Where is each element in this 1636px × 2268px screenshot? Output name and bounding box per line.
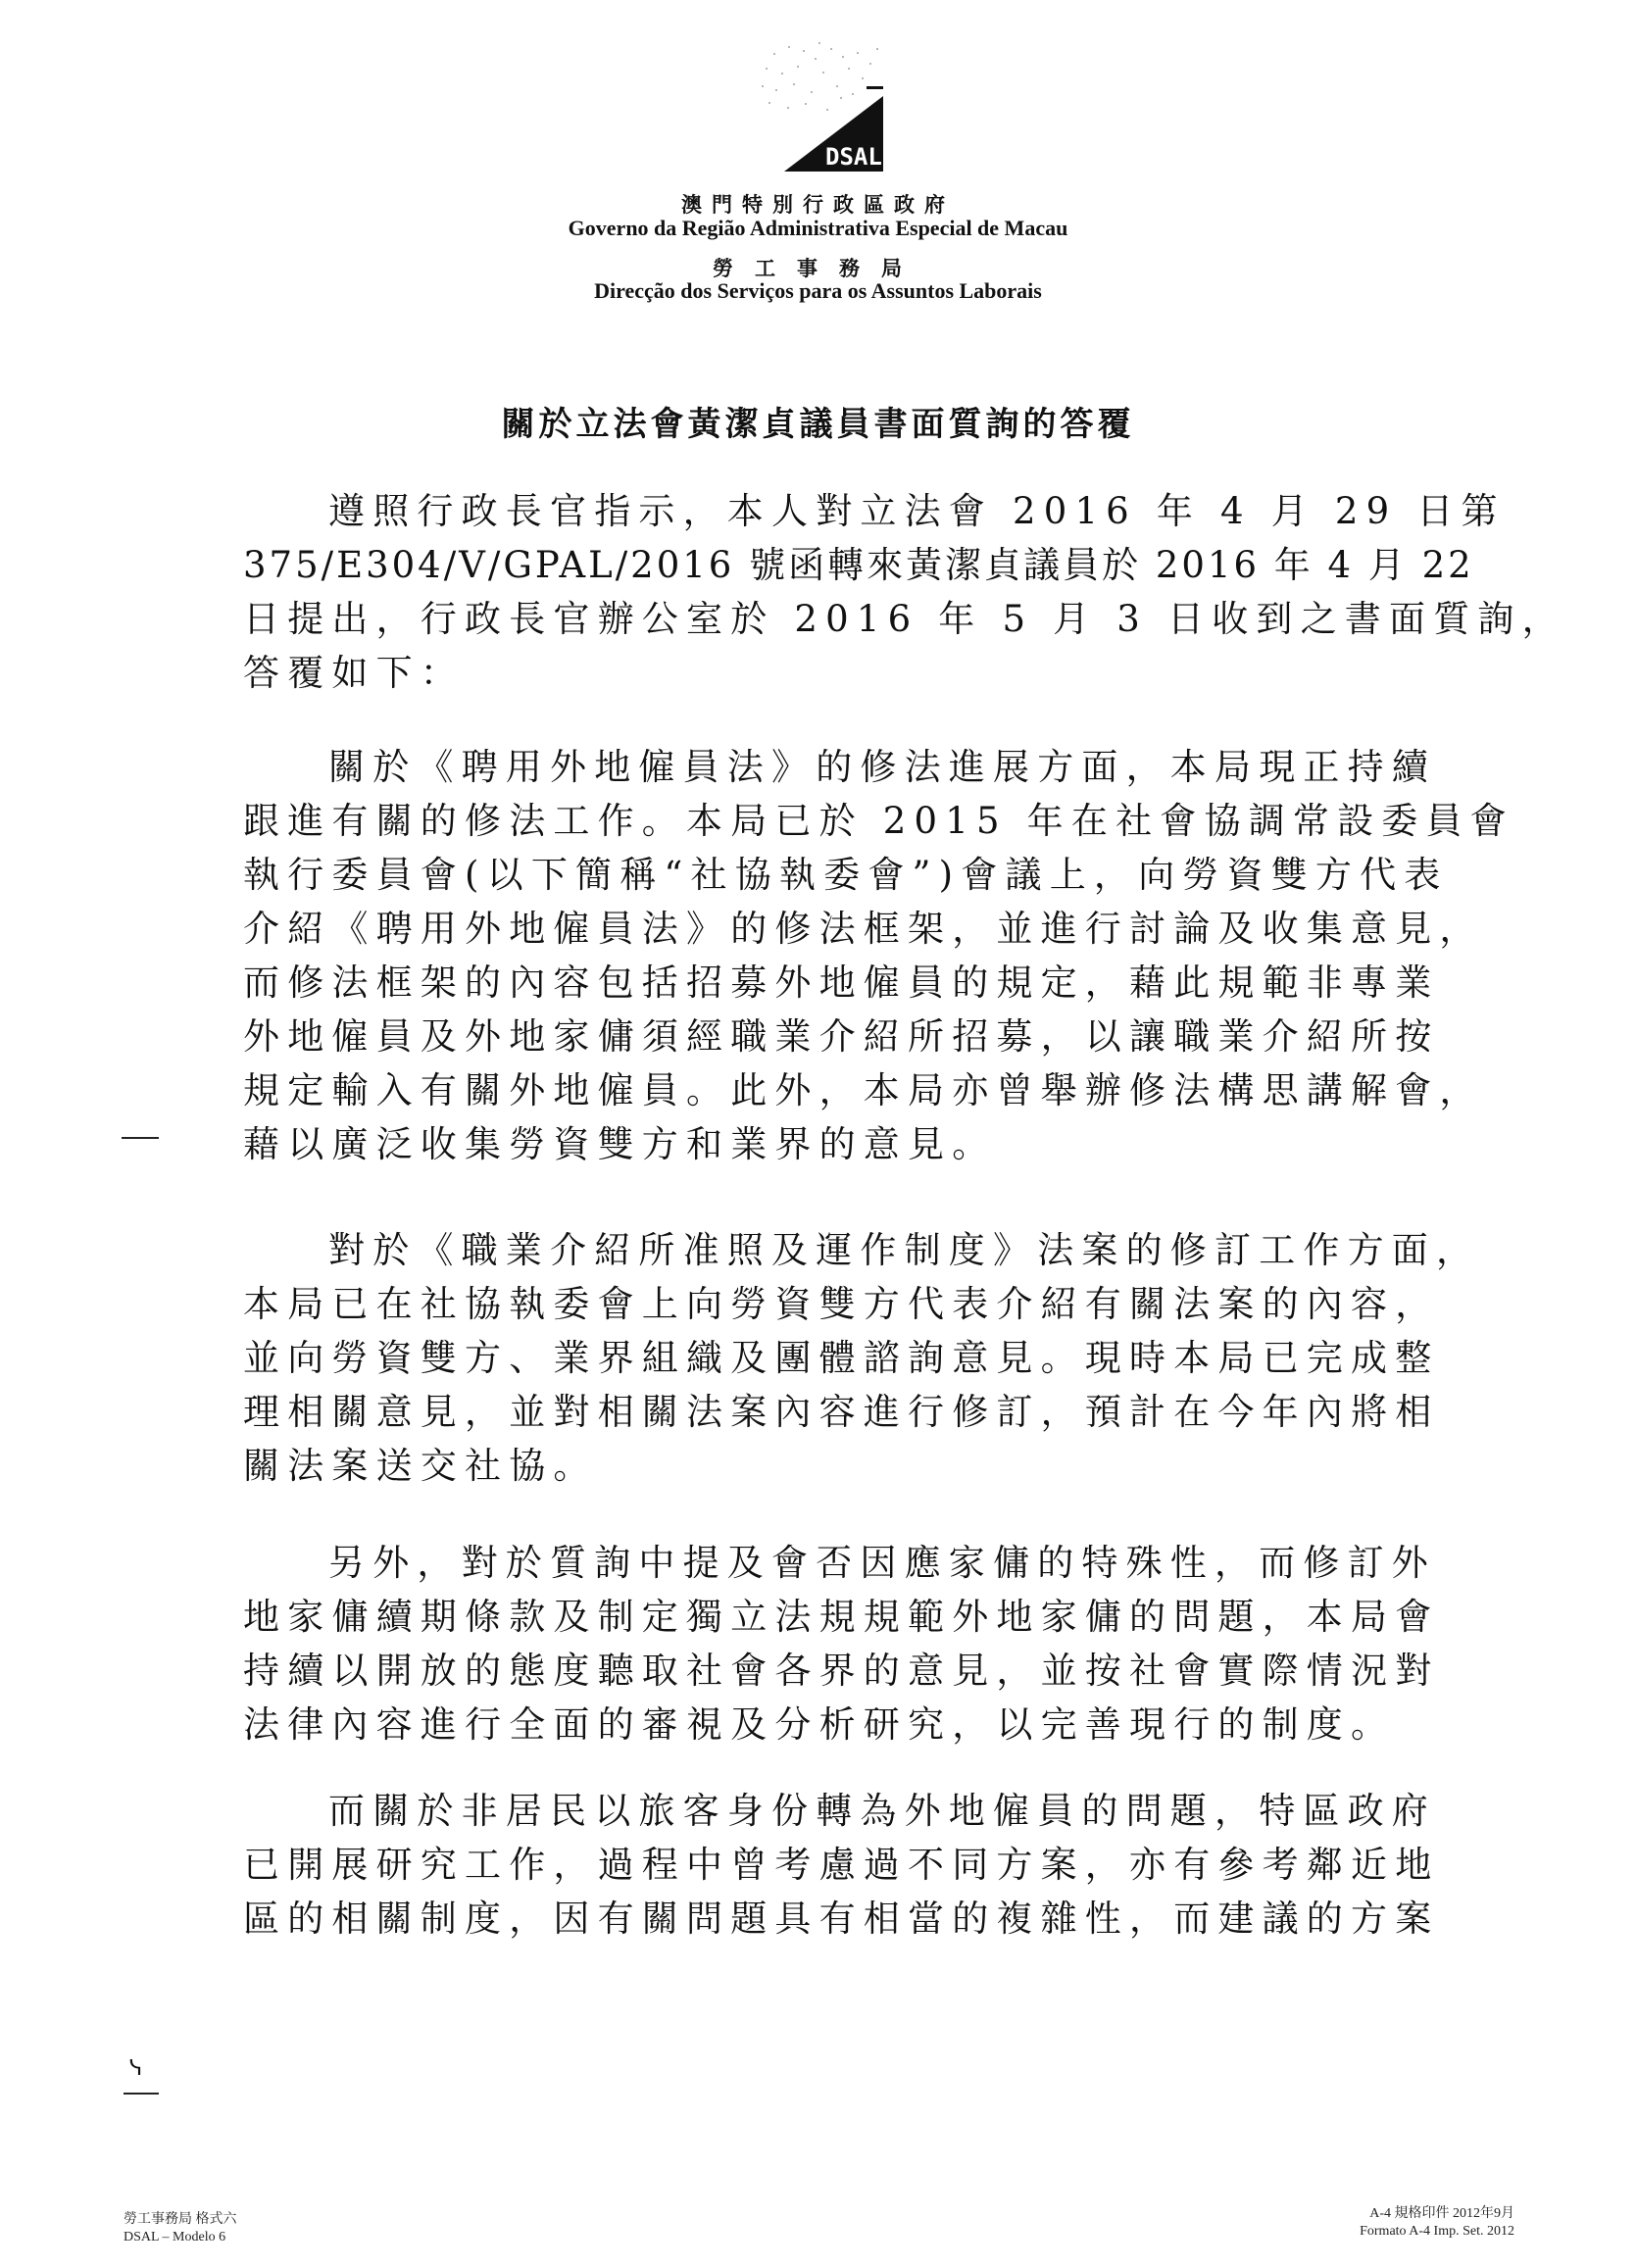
text-line: 法律內容進行全面的審視及分析研究，以完善現行的制度。 (243, 1698, 1441, 1751)
text-line: 已開展研究工作，過程中曾考慮過不同方案，亦有參考鄰近地 (243, 1838, 1441, 1892)
text-line: 執行委員會(以下簡稱“社協執委會”)會議上，向勞資雙方代表 (243, 848, 1441, 902)
text-line: 答覆如下： (243, 646, 1441, 700)
government-name-cn: 澳門特別行政區政府 (0, 189, 1636, 219)
margin-line-mark (122, 1137, 159, 1139)
bureau-name-pt: Direcção dos Serviços para os Assuntos L… (0, 278, 1636, 304)
text-line: 地家傭續期條款及制定獨立法規規範外地家傭的問題，本局會 (243, 1590, 1441, 1644)
footer-right: A-4 規格印件 2012年9月 Formato A-4 Imp. Set. 2… (1328, 2205, 1514, 2241)
text-line: 本局已在社協執委會上向勞資雙方代表介紹有關法案的內容， (243, 1277, 1441, 1331)
paragraph-1: 遵照行政長官指示，本人對立法會 2016 年 4 月 29 日第 375/E30… (243, 484, 1441, 700)
svg-text:DSAL: DSAL (825, 143, 882, 171)
text-line: 跟進有關的修法工作。本局已於 2015 年在社會協調常設委員會 (243, 794, 1441, 848)
text-line: 遵照行政長官指示，本人對立法會 2016 年 4 月 29 日第 (243, 484, 1441, 538)
text-line: 規定輸入有關外地僱員。此外，本局亦曾舉辦修法構思講解會， (243, 1063, 1441, 1117)
margin-line-mark-bottom (124, 2093, 159, 2095)
paragraph-5: 而關於非居民以旅客身份轉為外地僱員的問題，特區政府 已開展研究工作，過程中曾考慮… (243, 1784, 1441, 1946)
document-title: 關於立法會黃潔貞議員書面質詢的答覆 (0, 397, 1636, 445)
paragraph-3: 對於《職業介紹所准照及運作制度》法案的修訂工作方面， 本局已在社協執委會上向勞資… (243, 1223, 1441, 1493)
text-line: 介紹《聘用外地僱員法》的修法框架，並進行討論及收集意見， (243, 902, 1441, 956)
text-line: 關法案送交社協。 (243, 1439, 1441, 1493)
text-line: 另外，對於質詢中提及會否因應家傭的特殊性，而修訂外 (243, 1536, 1441, 1590)
text-line: 而關於非居民以旅客身份轉為外地僱員的問題，特區政府 (243, 1784, 1441, 1838)
footer-format-cn: A-4 規格印件 2012年9月 (1328, 2205, 1514, 2223)
text-line: 持續以開放的態度聽取社會各界的意見，並按社會實際情況對 (243, 1644, 1441, 1698)
text-line: 外地僱員及外地家傭須經職業介紹所招募，以讓職業介紹所按 (243, 1010, 1441, 1063)
text-line: 日提出，行政長官辦公室於 2016 年 5 月 3 日收到之書面質詢， (243, 592, 1441, 646)
text-line: 而修法框架的內容包括招募外地僱員的規定，藉此規範非專業 (243, 956, 1441, 1010)
paragraph-2: 關於《聘用外地僱員法》的修法進展方面，本局現正持續 跟進有關的修法工作。本局已於… (243, 740, 1441, 1171)
dsal-logo-icon: DSAL (755, 29, 887, 172)
government-name-pt: Governo da Região Administrativa Especia… (0, 216, 1636, 241)
text-line: 對於《職業介紹所准照及運作制度》法案的修訂工作方面， (243, 1223, 1441, 1277)
text-line: 理相關意見，並對相關法案內容進行修訂，預計在今年內將相 (243, 1385, 1441, 1439)
text-line: 關於《聘用外地僱員法》的修法進展方面，本局現正持續 (243, 740, 1441, 794)
footer-form-pt: DSAL – Modelo 6 (124, 2229, 237, 2246)
footer-form-cn: 勞工事務局 格式六 (124, 2211, 237, 2229)
dsal-logo: DSAL (755, 29, 887, 172)
text-line: 375/E304/V/GPAL/2016 號函轉來黃潔貞議員於 2016 年 4… (243, 538, 1441, 592)
footer-left: 勞工事務局 格式六 DSAL – Modelo 6 (124, 2211, 237, 2246)
handwritten-mark: ᓭ (129, 2056, 142, 2081)
text-line: 藉以廣泛收集勞資雙方和業界的意見。 (243, 1117, 1441, 1171)
text-line: 區的相關制度，因有關問題具有相當的複雜性，而建議的方案 (243, 1892, 1441, 1946)
text-line: 並向勞資雙方、業界組織及團體諮詢意見。現時本局已完成整 (243, 1331, 1441, 1385)
paragraph-4: 另外，對於質詢中提及會否因應家傭的特殊性，而修訂外 地家傭續期條款及制定獨立法規… (243, 1536, 1441, 1751)
footer-format-pt: Formato A-4 Imp. Set. 2012 (1328, 2223, 1514, 2241)
